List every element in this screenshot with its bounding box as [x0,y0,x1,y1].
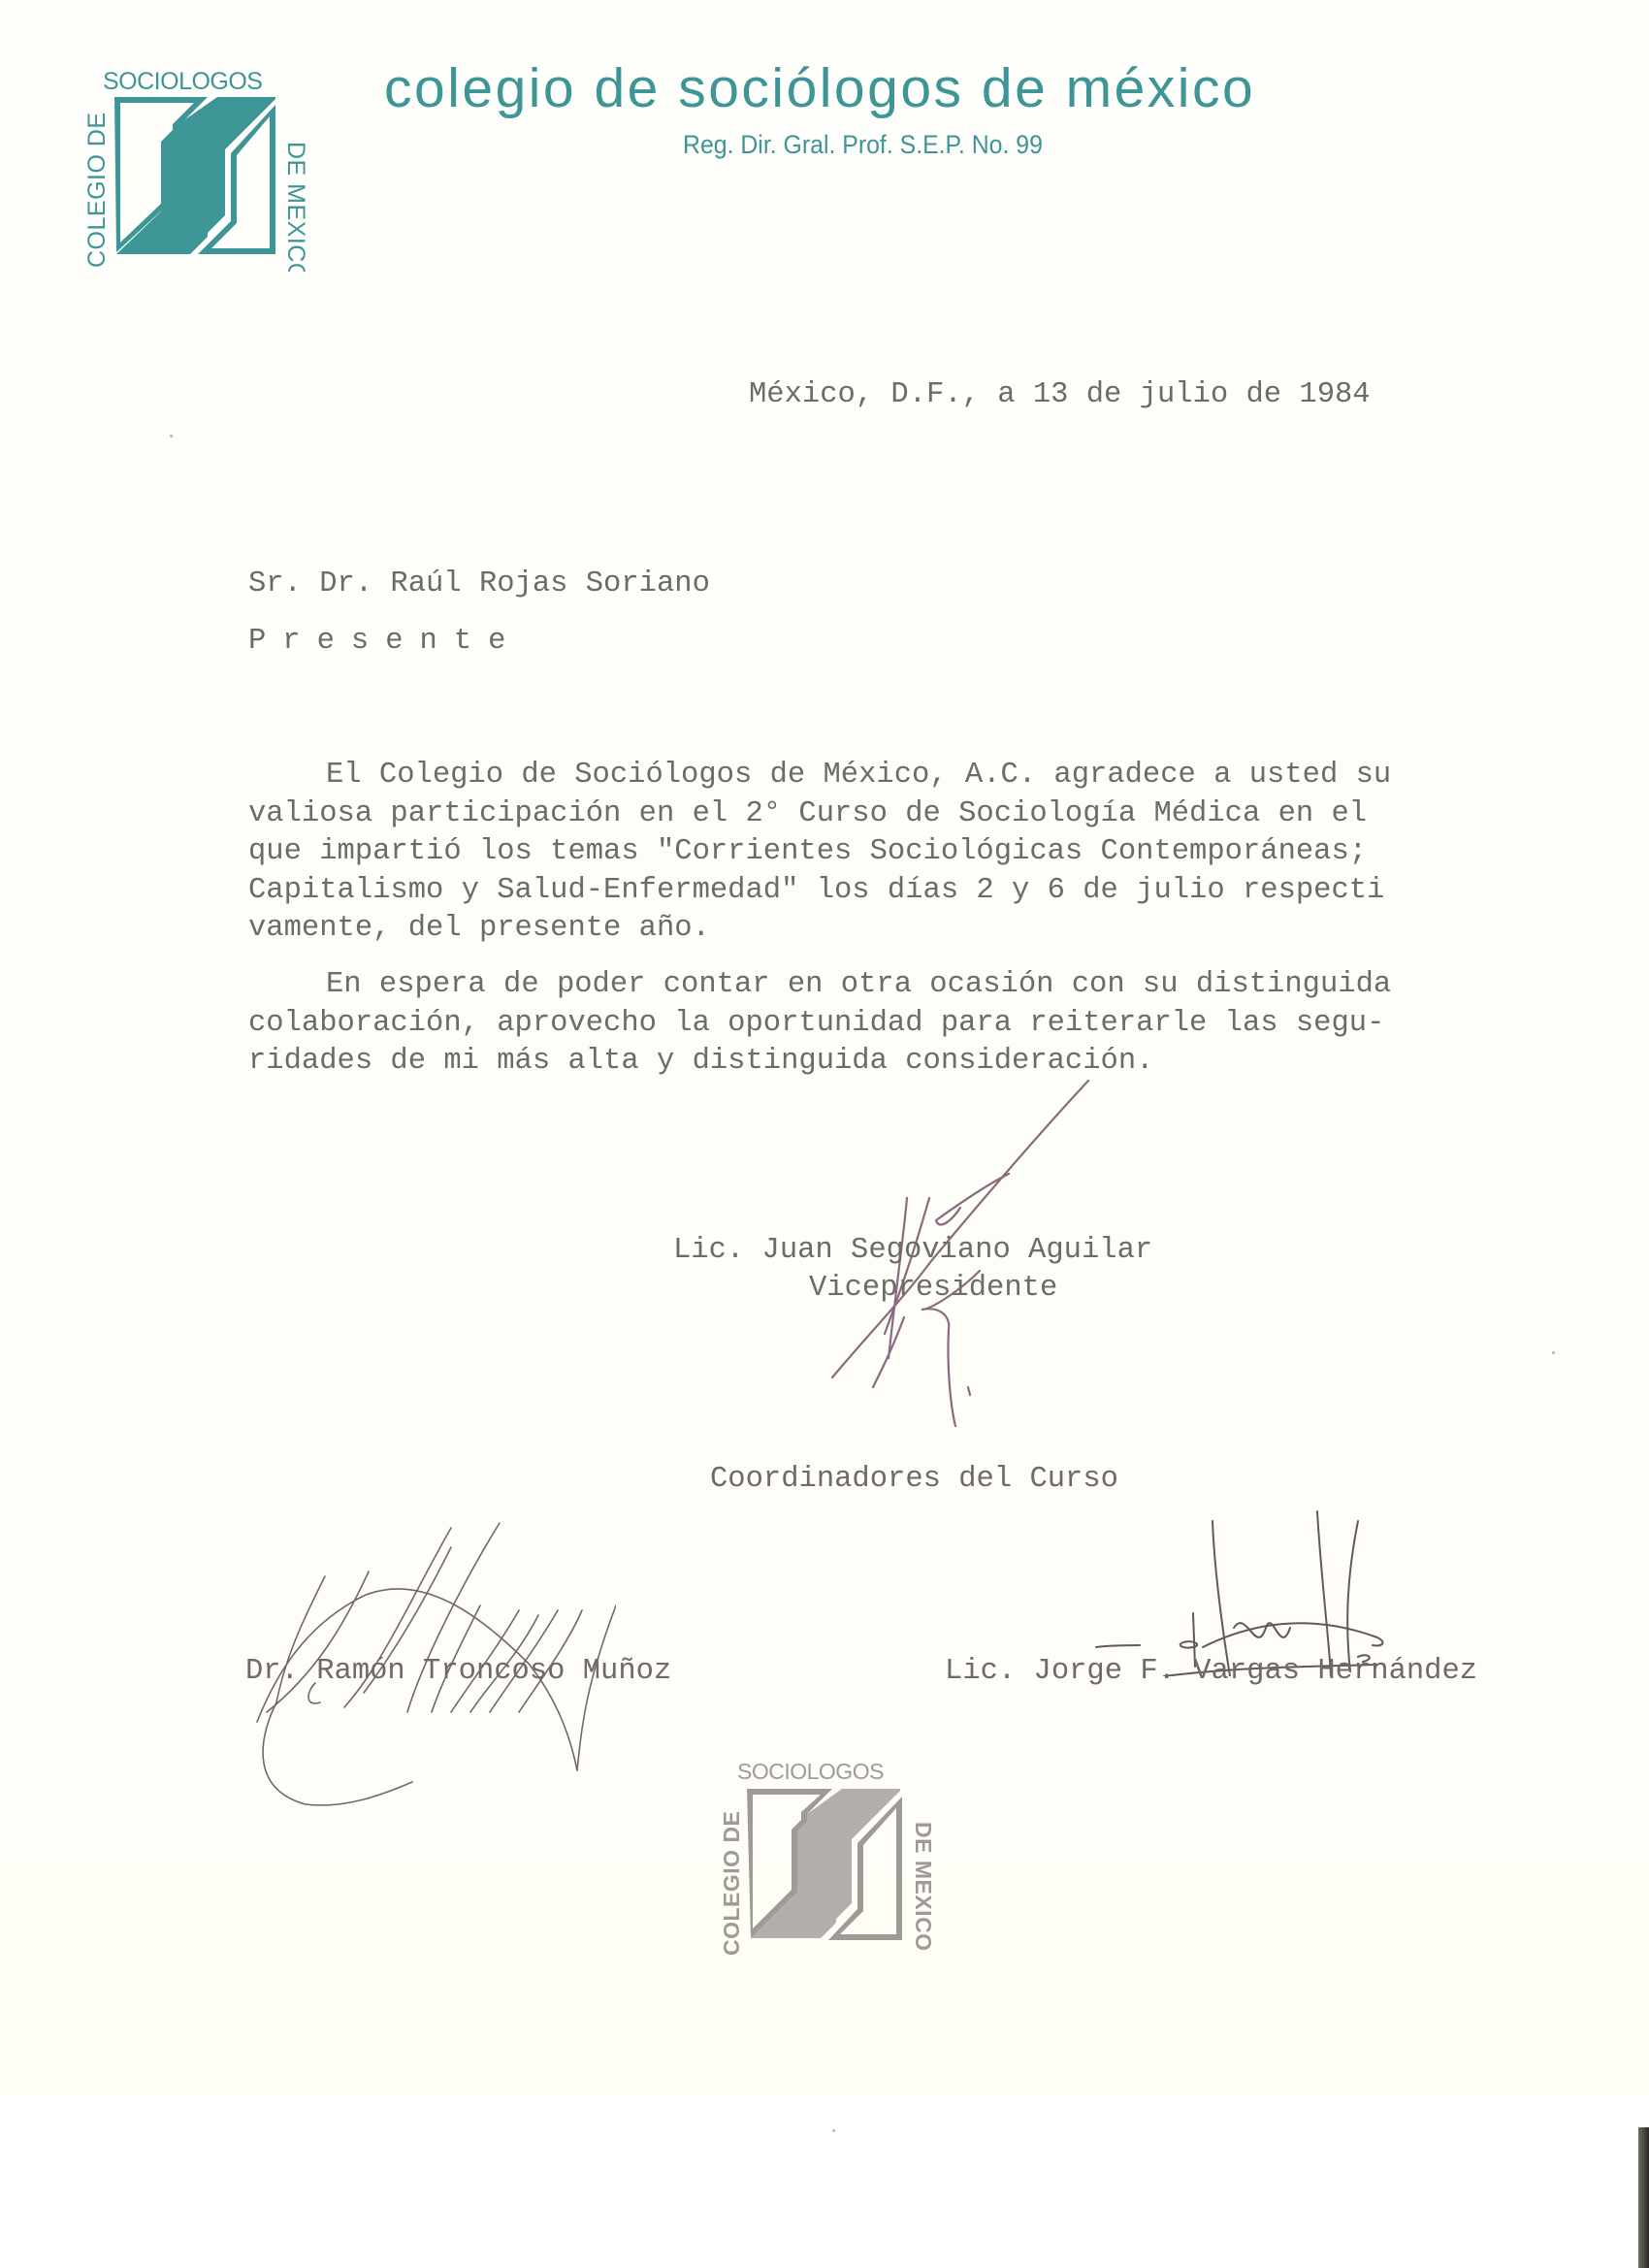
paragraph-line: Capitalismo y Salud-Enfermedad" los días… [248,872,1509,911]
scan-edge [1638,2127,1649,2268]
recipient: Sr. Dr. Raúl Rojas Soriano [248,567,710,600]
paragraph-line: colaboración, aprovecho la oportunidad p… [248,1005,1509,1044]
paragraph-line: ridades de mi más alta y distinguida con… [248,1043,1509,1082]
coordinator-1-name: Dr. Ramón Troncoso Muñoz [245,1655,671,1688]
salutation: Presente [248,625,522,658]
paper-background-lower [0,2095,1649,2268]
logo-text-right: DE MEXICO [282,142,309,272]
signatory-name: Lic. Juan Segoviano Aguilar [673,1234,1152,1267]
logo-text-left: COLEGIO DE [83,112,111,268]
paper-speck [832,2129,835,2132]
stamp-text-top: SOCIOLOGOS [737,1759,884,1784]
signatory-title: Vicepresidente [809,1272,1057,1305]
paper-speck [1552,1351,1555,1354]
colegio-logo-icon: SOCIOLOGOS COLEGIO DE DE MEXICO [81,60,314,272]
stamp-text-right: DE MEXICO [911,1822,936,1952]
coordinators-heading: Coordinadores del Curso [710,1463,1118,1496]
date-line: México, D.F., a 13 de julio de 1984 [749,378,1371,411]
org-name: colegio de sociólogos de méxico [384,56,1432,120]
logo-text-top: SOCIOLOGOS [103,68,262,95]
coordinator-2-name: Lic. Jorge F. Vargas Hernández [945,1655,1477,1688]
colegio-stamp-icon: SOCIOLOGOS COLEGIO DE DE MEXICO [716,1754,949,1962]
paragraph-line: vamente, del presente año. [248,910,1509,949]
paragraph-1: El Colegio de Sociólogos de México, A.C.… [248,757,1509,949]
paragraph-line: En espera de poder contar en otra ocasió… [248,966,1509,1005]
stamp-text-left: COLEGIO DE [719,1811,744,1956]
registration-number: Reg. Dir. Gral. Prof. S.E.P. No. 99 [683,130,1043,160]
paper-speck [170,435,173,437]
paragraph-line: El Colegio de Sociólogos de México, A.C.… [248,757,1509,795]
signature-coordinator-2 [1067,1502,1397,1676]
paragraph-line: valiosa participación en el 2° Curso de … [248,795,1509,834]
paragraph-2: En espera de poder contar en otra ocasió… [248,966,1509,1082]
paragraph-line: que impartió los temas "Corrientes Socio… [248,833,1509,872]
